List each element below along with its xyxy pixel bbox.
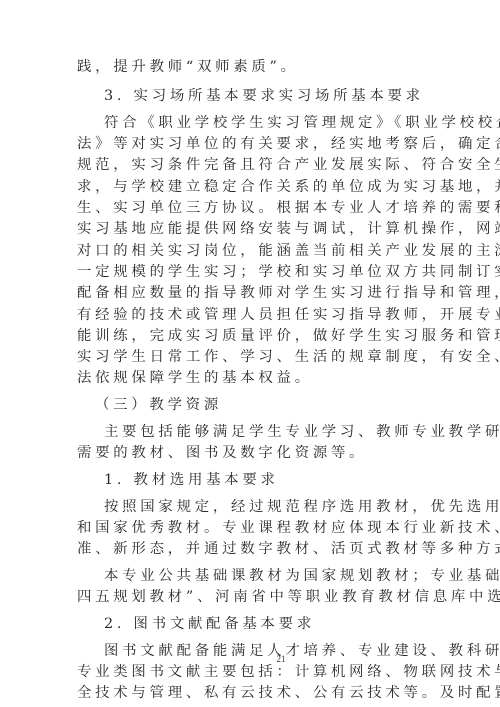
paragraph-line: 符合《职业学校学生实习管理规定》《职业学校校企合作促进办 — [104, 114, 424, 132]
paragraph-line: 践，提升教师“双师素质”。 — [77, 58, 424, 76]
paragraph-line: 图书文献配备能满足人才培养、专业建设、教科研等工作的需要。 — [104, 642, 424, 660]
paragraph-line: 专业类图书文献主要包括：计算机网络、物联网技术与工程、信息安 — [77, 663, 424, 681]
paragraph-line: 需要的教材、图书及数字化资源等。 — [77, 444, 424, 462]
document-page: 践，提升教师“双师素质”。 3. 实习场所基本要求实习场所基本要求 符合《职业学… — [0, 0, 500, 707]
paragraph-line: 全技术与管理、私有云技术、公有云技术等。及时配置新经济、新技 — [77, 684, 424, 702]
paragraph-line: 本专业公共基础课教材为国家规划教材；专业基础课教材从“十 — [104, 567, 424, 585]
paragraph-line: 实习基地应能提供网络安装与调试，计算机操作，网站管理等与专业 — [77, 220, 424, 238]
paragraph-line: 对口的相关实习岗位，能涵盖当前相关产业发展的主流技术，可接纳 — [77, 242, 424, 260]
paragraph-line: 和国家优秀教材。专业课程教材应体现本行业新技术、新规范、新标 — [77, 519, 424, 537]
section-heading: 3. 实习场所基本要求实习场所基本要求 — [104, 87, 424, 105]
paragraph-line: 实习学生日常工作、学习、生活的规章制度，有安全、保险保障，依 — [77, 348, 424, 366]
page-number: 21 — [271, 654, 291, 664]
section-heading: 2. 图书文献配备基本要求 — [104, 615, 424, 633]
paragraph-line: 按照国家规定，经过规范程序选用教材，优先选用国家规划教材 — [104, 498, 424, 516]
paragraph-line: 配备相应数量的指导教师对学生实习进行指导和管理，实习单位安排 — [77, 284, 424, 302]
paragraph-line: 生、实习单位三方协议。根据本专业人才培养的需要和未来就业需求， — [77, 199, 424, 217]
paragraph-line: 主要包括能够满足学生专业学习、教师专业教学研究和教学实施 — [104, 423, 424, 441]
section-heading: 1. 教材选用基本要求 — [104, 471, 424, 489]
paragraph-line: 有经验的技术或管理人员担任实习指导教师，开展专业教学和职业技 — [77, 306, 424, 324]
paragraph-line: 规范，实习条件完备且符合产业发展实际、符合安全生产法律法规要 — [77, 156, 424, 174]
paragraph-line: 四五规划教材”、河南省中等职业教育教材信息库中选取等。 — [77, 588, 424, 606]
paragraph-line: 求，与学校建立稳定合作关系的单位成为实习基地，并签署学校、学 — [77, 178, 424, 196]
paragraph-line: 一定规模的学生实习；学校和实习单位双方共同制订实习计划，能够 — [77, 263, 424, 281]
section-heading: （三）教学资源 — [95, 396, 415, 414]
paragraph-line: 能训练，完成实习质量评价，做好学生实习服务和管理工作，有保证 — [77, 327, 424, 345]
paragraph-line: 准、新形态，并通过数字教材、活页式教材等多种方式进行动态更新。 — [77, 540, 424, 558]
paragraph-line: 法》等对实习单位的有关要求，经实地考察后，确定合法经营、管理 — [77, 135, 424, 153]
paragraph-line: 法依规保障学生的基本权益。 — [77, 369, 424, 387]
